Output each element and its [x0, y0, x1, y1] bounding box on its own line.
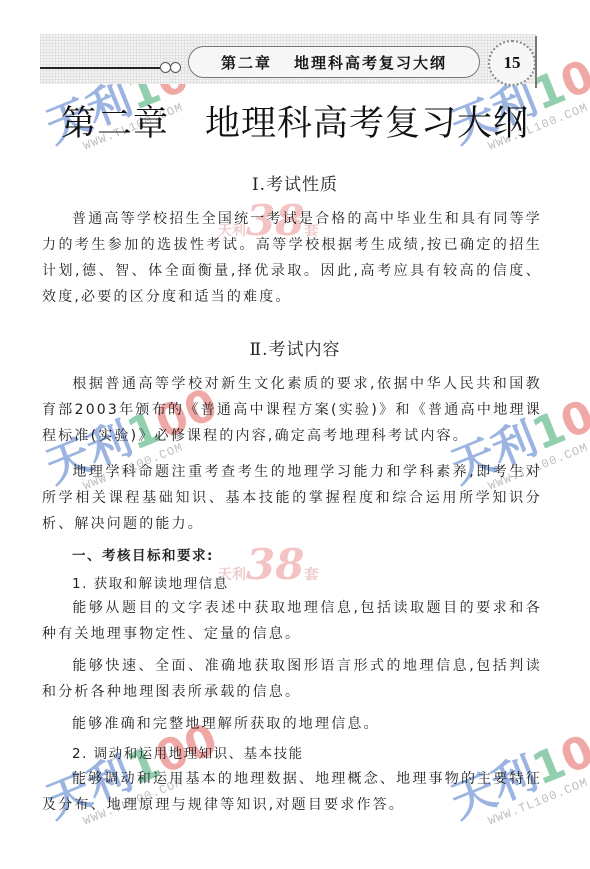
subsection-heading: 一、考核目标和要求:: [72, 544, 214, 564]
paragraph: 普通高等学校招生全国统一考试是合格的高中毕业生和具有同等学力的考生参加的选拔性考…: [42, 206, 542, 310]
page-number: 15: [488, 40, 536, 86]
paragraph: 能够快速、全面、准确地获取图形语言形式的地理信息,包括判读和分析各种地理图表所承…: [42, 653, 542, 705]
watermark-badge-38: 天利38套: [218, 540, 318, 589]
running-header-chapter: 第二章: [221, 52, 272, 73]
section-heading-1: Ⅰ.考试性质: [0, 170, 590, 195]
paragraph: 根据普通高等学校对新生文化素质的要求,依据中华人民共和国教育部2003年颁布的《…: [42, 371, 542, 449]
paragraph: 能够从题目的文字表述中获取地理信息,包括读取题目的要求和各种有关地理事物定性、定…: [42, 595, 542, 647]
item-heading-2: 2. 调动和运用地理知识、基本技能: [72, 742, 304, 762]
chapter-title-number: 第二章: [61, 104, 169, 144]
paragraph: 能够调动和运用基本的地理数据、地理概念、地理事物的主要特征及分布、地理原理与规律…: [42, 766, 542, 818]
header-divider: [535, 36, 537, 88]
header-ring-icon: [170, 62, 181, 73]
paragraph: 能够准确和完整地理解所获取的地理信息。: [42, 711, 542, 737]
running-header: 第二章 地理科高考复习大纲: [188, 46, 480, 78]
header-rule: [40, 67, 160, 69]
running-header-title: 地理科高考复习大纲: [294, 52, 447, 73]
chapter-title-text: 地理科高考复习大纲: [205, 104, 529, 144]
item-heading-1: 1. 获取和解读地理信息: [72, 572, 229, 592]
paragraph: 地理学科命题注重考查考生的地理学习能力和学科素养,即考生对所学相关课程基础知识、…: [42, 459, 542, 537]
chapter-title: 第二章地理科高考复习大纲: [0, 96, 590, 146]
section-heading-2: Ⅱ.考试内容: [0, 335, 590, 360]
